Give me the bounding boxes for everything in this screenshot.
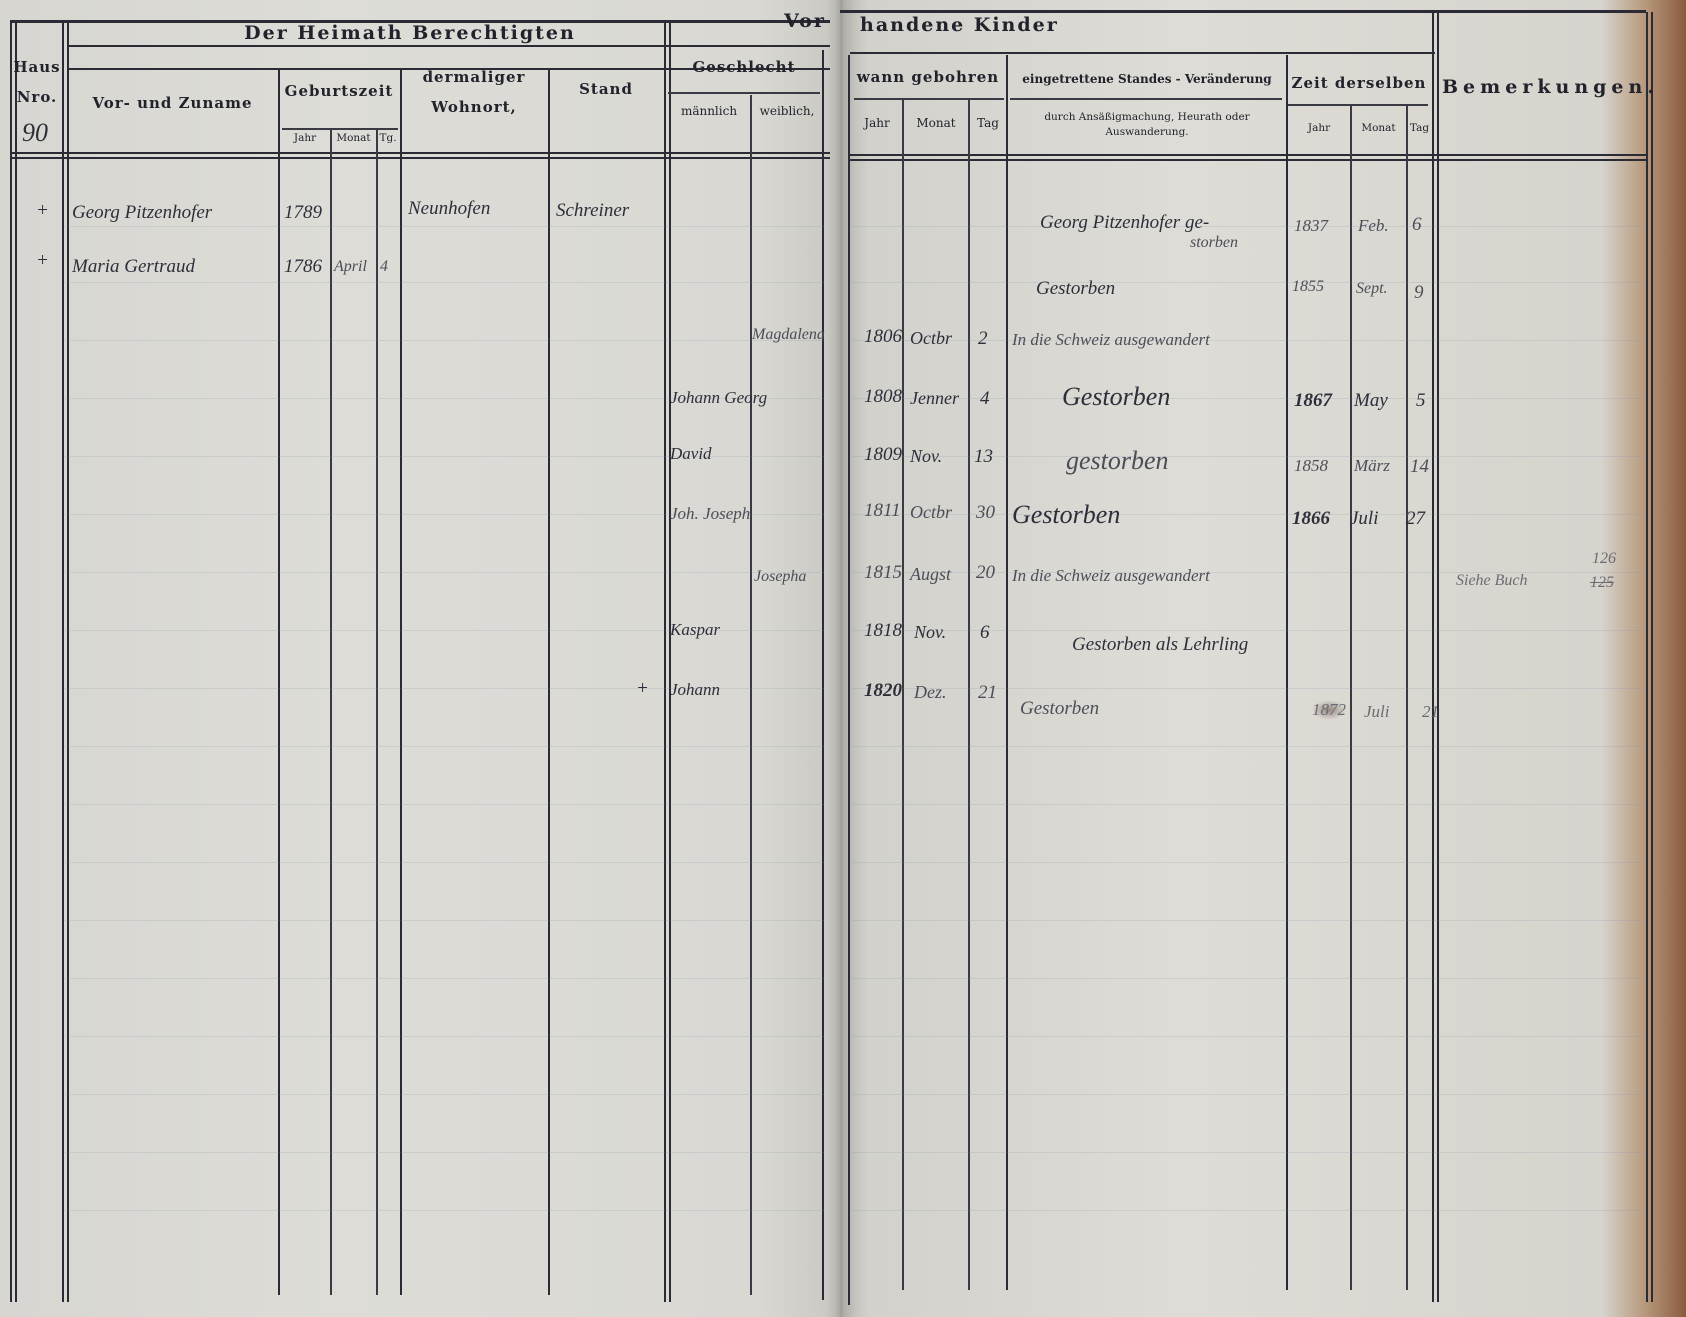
when-sub-day: Tag [1407,122,1432,134]
parent-change-month: Sept. [1356,280,1388,298]
child-birth-month: Jenner [910,388,959,409]
ruled-line [65,226,825,227]
ruled-line [852,226,1644,227]
col-when-header: Zeit derselben [1288,74,1430,92]
birth-sub-rule [282,128,398,130]
ruled-line [852,514,1644,515]
col-residence-header-2: Wohnort, [402,98,546,116]
child-status-change: Gestorben als Lehrling [1072,634,1248,656]
child-change-day: 21 [1422,702,1439,722]
born-sub-day: Tag [970,116,1006,130]
child-male-name: Kaspar [670,620,720,640]
nro-label: Nro. [12,88,62,106]
open-register-book: Der Heimath Berechtigten Vor Haus Nro. 9… [0,0,1686,1317]
child-change-day: 5 [1416,390,1426,412]
ruled-line [852,630,1644,631]
col-sep-born-month [968,100,970,1290]
child-change-year: 1867 [1294,390,1332,412]
ruled-line [65,862,825,863]
ruled-line [852,688,1644,689]
child-change-day: 27 [1406,508,1425,530]
child-change-year: 1866 [1292,508,1330,530]
ruled-line [65,978,825,979]
col-sep-name [278,70,280,1295]
ruled-line [852,1152,1644,1153]
ruled-line [852,282,1644,283]
child-female-name: Magdalena [752,326,825,344]
ruled-line [852,340,1644,341]
sex-sub-female: weiblich, [752,104,822,118]
born-sub-rule [854,98,1004,100]
child-birth-year: 1808 [864,386,902,408]
remark-number: 126 [1592,550,1616,568]
heading-underline [850,52,1435,54]
child-status-change: Gestorben [1020,698,1099,720]
parent-change-text: Gestorben [1036,278,1115,300]
parent-change-month: Feb. [1358,216,1389,236]
col-sep-haus [62,22,64,1302]
ruled-line [65,1036,825,1037]
col-sep-residence [548,70,550,1295]
frame-left [10,22,12,1302]
col-residence-header-1: dermaliger [402,68,546,86]
child-male-name: David [670,444,712,464]
child-birth-year: 1809 [864,444,902,466]
parent-residence: Neunhofen [408,198,490,220]
child-male-name: Joh. Joseph [670,504,750,524]
child-change-month: Juli [1364,702,1390,722]
col-change-header: eingetrettene Standes - Veränderung [1010,72,1284,86]
col-birth-header: Geburtszeit [280,82,398,100]
child-birth-day: 13 [974,446,993,468]
parent-change-day: 9 [1414,282,1424,304]
child-change-month: May [1354,390,1388,412]
child-change-day: 14 [1410,456,1429,478]
ruled-line [65,920,825,921]
birth-sub-year: Jahr [280,132,330,144]
col-sep-change [1286,55,1288,1290]
sex-sub-male: männlich [668,104,750,118]
col-sep-birth [400,70,402,1295]
remark-struck-number: 125 [1590,574,1614,592]
col-sex-header: Geschlecht [668,58,820,76]
col-sep-when-year [1350,106,1352,1290]
left-page: Der Heimath Berechtigten Vor Haus Nro. 9… [0,0,840,1317]
child-birth-month: Nov. [910,446,942,467]
col-sep-when [1432,12,1434,1302]
title-left: Der Heimath Berechtigten [200,22,620,44]
child-birth-year: 1811 [864,500,901,522]
sex-sub-rule [668,92,820,94]
header-bottom-rule [10,152,830,154]
right-frame-right [1646,12,1648,1302]
deceased-mark: + [36,200,49,222]
born-sub-month: Monat [904,116,968,130]
child-birth-year: 1818 [864,620,902,642]
col-born-header: wann gebohren [852,68,1004,86]
child-change-year: 1858 [1294,456,1328,476]
change-sub-rule [1010,98,1282,100]
child-birth-day: 20 [976,562,995,584]
parent-change-year: 1837 [1294,216,1328,236]
col-sep-when-month [1406,106,1408,1290]
child-change-month: März [1354,456,1390,476]
when-sub-month: Monat [1351,122,1406,134]
child-status-change: In die Schweiz ausgewandert [1012,566,1210,586]
child-birth-year: 1815 [864,562,902,584]
col-sep-birth-year [330,130,332,1295]
parent-change-text: Georg Pitzenhofer ge- [1040,212,1209,234]
child-birth-day: 30 [976,502,995,524]
col-sep-born-year [902,100,904,1290]
child-status-change: gestorben [1066,446,1169,476]
ruled-line [65,572,825,573]
when-sub-year: Jahr [1288,122,1350,134]
col-name-header: Vor- und Zuname [70,94,275,112]
ruled-line [65,1210,825,1211]
child-birth-day: 6 [980,622,990,644]
child-birth-year: 1820 [864,680,902,702]
parent-birth-year: 1786 [284,256,322,278]
ruled-line [65,746,825,747]
ruled-line [852,804,1644,805]
parent-change-year: 1855 [1292,278,1324,296]
ruled-line [852,862,1644,863]
ruled-line [852,920,1644,921]
ruled-line [65,340,825,341]
child-change-month: Juli [1350,508,1379,530]
parent-birth-month: April [334,258,367,276]
child-birth-month: Nov. [914,622,946,643]
col-sep-status [664,22,666,1302]
child-birth-month: Augst [910,564,951,585]
child-birth-month: Octbr [910,328,952,349]
birth-sub-month: Monat [331,132,376,144]
ruled-line [65,804,825,805]
ruled-line [65,1094,825,1095]
deceased-mark: + [636,678,649,700]
ruled-line [852,746,1644,747]
haus-label: Haus [12,58,62,76]
col-sep-born [1006,55,1008,1290]
child-birth-day: 21 [978,682,997,704]
col-sep-birth-month [376,130,378,1295]
ruled-line [65,282,825,283]
child-status-change: Gestorben [1012,500,1120,530]
ruled-line [852,978,1644,979]
header-bottom-rule [850,154,1648,156]
child-change-year: 1872 [1312,700,1346,720]
col-remarks-header: Bemerkungen. [1442,76,1646,98]
child-birth-day: 2 [978,328,988,350]
heading-underline [68,45,830,47]
born-sub-year: Jahr [852,116,902,130]
ruled-line [852,1036,1644,1037]
parent-change-text-cont: storben [1190,234,1238,252]
parent-birth-day: 4 [380,258,388,276]
col-sep-sex [750,95,752,1295]
ruled-line [65,1152,825,1153]
child-male-name: Johann Georg [670,388,767,408]
parent-name: Georg Pitzenhofer [72,202,212,224]
parent-birth-year: 1789 [284,202,322,224]
parent-status: Schreiner [556,200,629,222]
child-female-name: Josepha [754,568,806,586]
child-male-name: Johann [670,680,720,700]
ruled-line [852,1210,1644,1211]
ruled-line [852,398,1644,399]
parent-name: Maria Gertraud [72,256,195,278]
right-page: handene Kinder wann gebohren Jahr Monat … [840,0,1660,1317]
house-number: 90 [22,118,48,148]
child-status-change: Gestorben [1062,382,1170,412]
deceased-mark: + [36,250,49,272]
title-right: handene Kinder [850,14,1080,36]
child-birth-month: Dez. [914,682,947,703]
left-page-edge [822,50,824,1300]
child-birth-day: 4 [980,388,990,410]
birth-sub-day: Tg. [377,132,399,144]
frame-top [840,10,1646,13]
ruled-line [852,1094,1644,1095]
parent-change-day: 6 [1412,214,1422,236]
child-status-change: In die Schweiz ausgewandert [1012,330,1210,350]
remark-text: Siehe Buch [1456,572,1528,590]
right-frame-left [848,55,850,1305]
ruled-line [852,456,1644,457]
child-birth-year: 1806 [864,326,902,348]
col-status-header: Stand [550,80,662,98]
child-birth-month: Octbr [910,502,952,523]
col-change-subheader: durch Ansäßigmachung, Heurath oder Auswa… [1020,110,1274,140]
